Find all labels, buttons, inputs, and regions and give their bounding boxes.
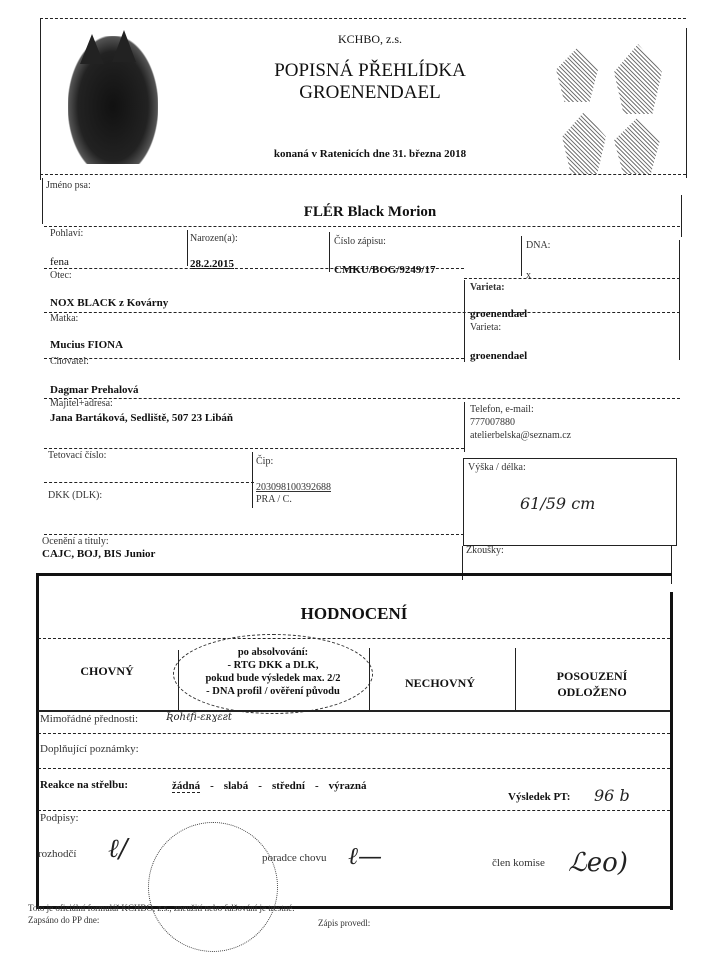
- contact-email: atelierbelska@seznam.cz: [470, 430, 571, 441]
- condition-line-1: po absolvování:: [178, 646, 368, 659]
- divider: [464, 402, 465, 452]
- birth-date-label: Narozen(a):: [190, 233, 238, 244]
- additional-notes-label: Doplňující poznámky:: [40, 743, 139, 755]
- divider: [38, 733, 670, 734]
- height-length-label: Výška / délka:: [468, 462, 526, 473]
- option-breeding[interactable]: CHOVNÝ: [38, 664, 176, 679]
- header-left-border: [40, 18, 41, 180]
- dog-head-illustration-icon: [562, 112, 606, 174]
- dog-head-illustration-icon: [614, 118, 660, 174]
- breeding-advisor-signature: ℓ—: [348, 842, 382, 871]
- gunshot-option-strong[interactable]: výrazná: [329, 780, 367, 793]
- pra-label: PRA / C.: [256, 494, 292, 505]
- divider: [521, 236, 522, 276]
- mother-value: Mucius FIONA: [50, 339, 123, 351]
- mother-variety-label: Varieta:: [470, 322, 501, 333]
- organization-name: KCHBO, z.s.: [200, 32, 540, 47]
- divider: [44, 312, 680, 313]
- committee-member-signature-label: člen komise: [492, 857, 545, 869]
- option-postponed[interactable]: POSOUZENÍ ODLOŽENO: [516, 668, 668, 700]
- title-line-1: POPISNÁ PŘEHLÍDKA: [200, 60, 540, 82]
- titles-label: Ocenění a tituly:: [42, 536, 109, 547]
- dog-name-value: FLÉR Black Morion: [200, 204, 540, 221]
- pt-result-value: 96 b: [594, 786, 630, 805]
- divider: [329, 232, 330, 272]
- recorded-in-pp-label: Zapsáno do PP dne:: [28, 915, 99, 925]
- separator: -: [258, 780, 262, 793]
- owner-label: Majitel+adresa:: [50, 398, 113, 409]
- signatures-label: Podpisy:: [40, 812, 79, 824]
- judge-signature-label: rozhodčí: [38, 848, 76, 860]
- gunshot-option-medium[interactable]: střední: [272, 780, 305, 793]
- dog-head-illustration-icon: [556, 48, 598, 102]
- sex-label: Pohlaví:: [50, 228, 83, 239]
- divider: [38, 638, 670, 639]
- postponed-line-1: POSOUZENÍ: [516, 668, 668, 684]
- header-right-border: [686, 28, 687, 178]
- divider: [679, 240, 680, 360]
- divider: [42, 178, 43, 224]
- pt-result-label: Výsledek PT:: [508, 791, 570, 803]
- titles-value: CAJC, BOJ, BIS Junior: [42, 548, 155, 560]
- divider: [44, 398, 680, 399]
- divider: [44, 268, 464, 269]
- divider: [38, 768, 670, 769]
- divider: [252, 452, 253, 508]
- judge-signature: ℓ/: [108, 834, 128, 864]
- divider: [44, 482, 254, 483]
- condition-line-4: - DNA profil / ověření původu: [178, 685, 368, 698]
- registration-number-value: CMKU/BOG/9249/17: [334, 264, 435, 276]
- header-bottom-border: [40, 174, 686, 175]
- breeding-advisor-signature-label: poradce chovu: [262, 852, 326, 864]
- divider: [44, 226, 680, 227]
- separator: -: [210, 780, 214, 793]
- title-line-2: GROENENDAEL: [200, 82, 540, 104]
- breeder-value: Dagmar Prehalová: [50, 384, 139, 396]
- separator: -: [315, 780, 319, 793]
- contact-phone: 777007880: [470, 417, 515, 428]
- evaluation-top-border: [36, 573, 672, 576]
- evaluation-right-border: [670, 592, 673, 910]
- exams-label: Zkoušky:: [466, 545, 504, 556]
- dog-head-illustration-icon: [614, 44, 662, 114]
- dna-label: DNA:: [526, 240, 550, 251]
- divider: [464, 280, 465, 362]
- mother-variety-value: groenendael: [470, 350, 527, 362]
- registration-number-label: Číslo zápisu:: [334, 236, 386, 247]
- dog-name-label: Jméno psa:: [46, 180, 91, 191]
- option-not-breeding[interactable]: NECHOVNÝ: [370, 676, 510, 691]
- divider: [187, 230, 188, 266]
- gunshot-reaction-label: Reakce na střelbu:: [40, 779, 128, 791]
- evaluation-heading: HODNOCENÍ: [36, 604, 672, 624]
- hd-ed-label: DKK (DLK):: [48, 490, 102, 501]
- postponed-line-2: ODLOŽENO: [516, 684, 668, 700]
- divider: [44, 358, 464, 359]
- divider: [464, 278, 680, 279]
- official-stamp-icon: [148, 822, 278, 952]
- height-length-value: 61/59 cm: [520, 494, 595, 513]
- gunshot-reaction-options: žádná - slabá - střední - výrazná: [172, 780, 367, 793]
- condition-line-3: pokud bude výsledek max. 2/2: [178, 672, 368, 685]
- contact-label: Telefon, e-mail:: [470, 404, 534, 415]
- dna-value: x: [526, 270, 531, 281]
- divider: [671, 546, 672, 584]
- divider: [38, 710, 670, 712]
- option-conditional-breeding[interactable]: po absolvování: - RTG DKK a DLK, pokud b…: [178, 646, 368, 698]
- father-variety-value: groenendael: [470, 308, 527, 320]
- dog-ear-icon: [80, 34, 104, 64]
- owner-value: Jana Bartáková, Sedliště, 507 23 Libáň: [50, 412, 233, 424]
- exceptional-qualities-value: Ʀohℓfi-ɛʀɣɛƨt: [166, 712, 232, 723]
- dog-ear-icon: [112, 30, 136, 62]
- chip-value: 203098100392688: [256, 482, 331, 493]
- father-value: NOX BLACK z Kovárny: [50, 297, 168, 309]
- event-line: konaná v Ratenicích dne 31. března 2018: [200, 148, 540, 160]
- divider: [38, 810, 670, 811]
- chip-label: Čip:: [256, 456, 273, 467]
- gunshot-option-none[interactable]: žádná: [172, 780, 200, 793]
- footer-notice: Toto je oficiální formulář KCHBO, z.s., …: [28, 903, 295, 913]
- recorded-by-label: Zápis provedl:: [318, 918, 370, 928]
- tattoo-label: Tetovací číslo:: [48, 450, 106, 461]
- divider: [44, 534, 464, 535]
- sex-value: fena: [50, 256, 69, 268]
- gunshot-option-weak[interactable]: slabá: [224, 780, 248, 793]
- mother-label: Matka:: [50, 313, 78, 324]
- exceptional-qualities-label: Mimořádné přednosti:: [40, 713, 138, 725]
- father-label: Otec:: [50, 270, 72, 281]
- father-variety-label: Varieta:: [470, 282, 505, 293]
- divider: [681, 195, 682, 237]
- condition-line-2: - RTG DKK a DLK,: [178, 659, 368, 672]
- header-top-border: [40, 18, 686, 19]
- breeder-label: Chovatel:: [50, 356, 89, 367]
- document-title: POPISNÁ PŘEHLÍDKA GROENENDAEL: [200, 60, 540, 104]
- divider: [44, 448, 464, 449]
- committee-member-signature: ℒeo): [568, 848, 628, 878]
